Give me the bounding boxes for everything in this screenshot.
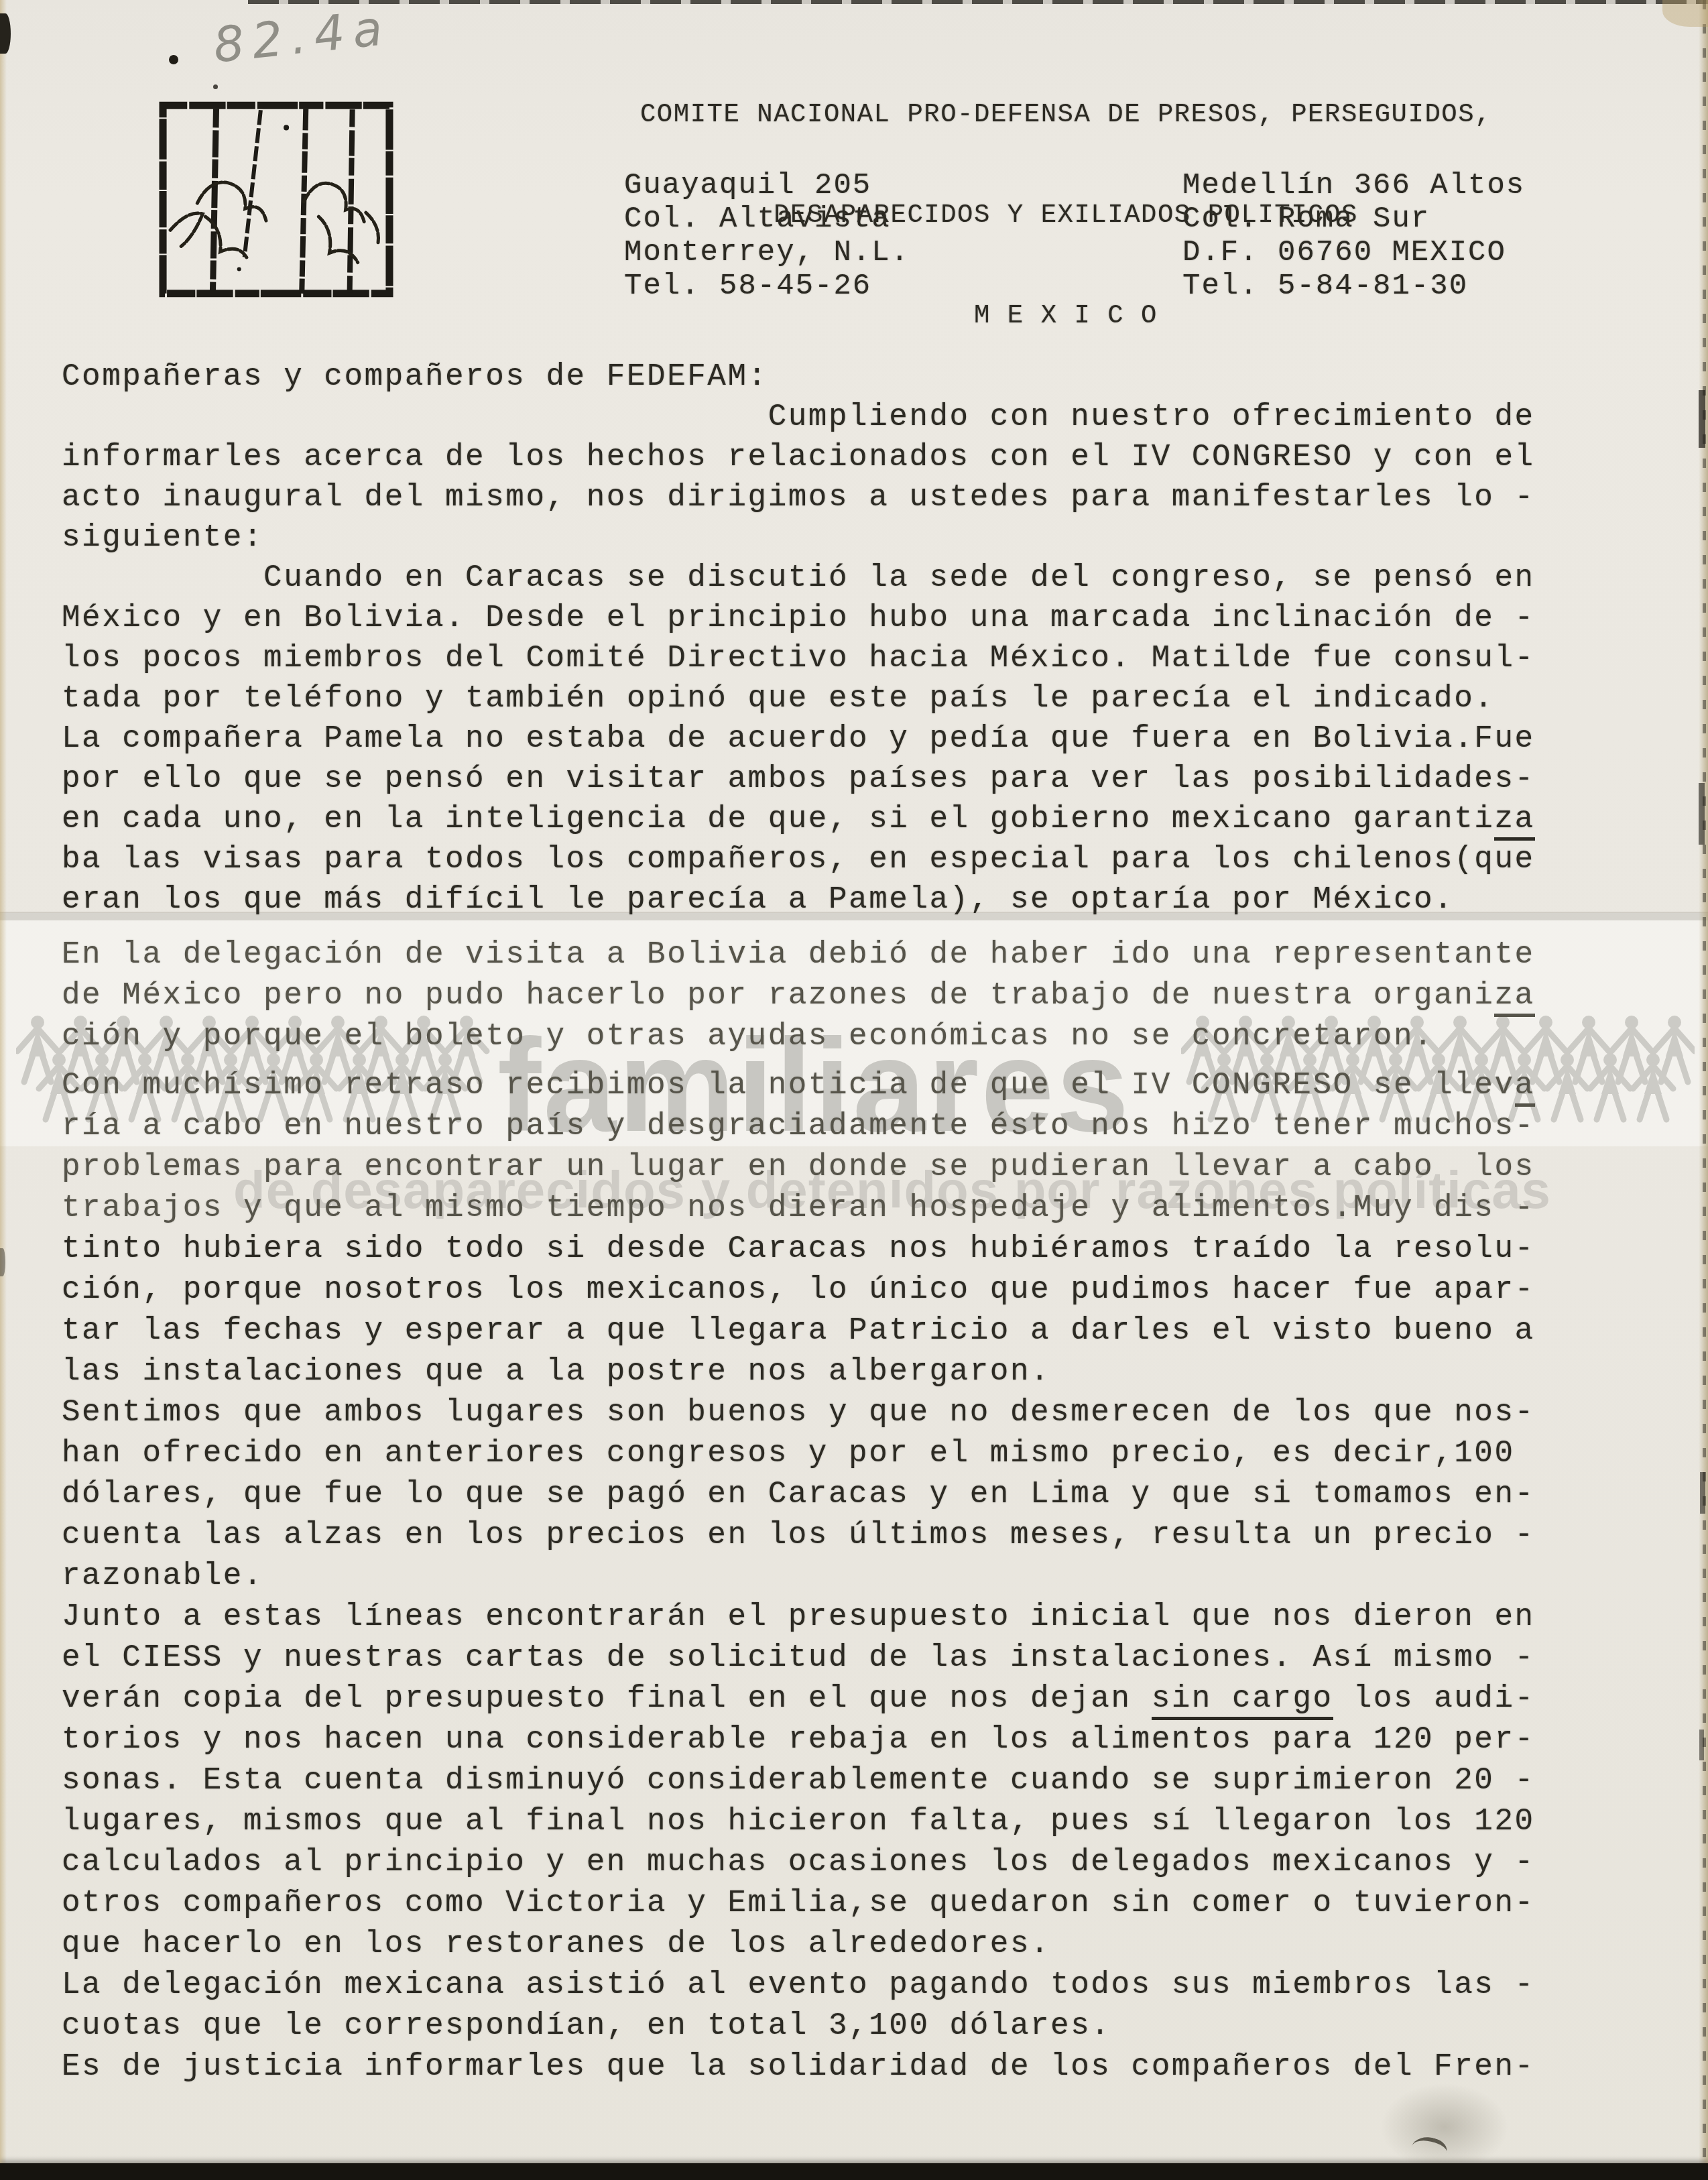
letter-line: Compañeras y compañeros de FEDEFAM: <box>62 357 1535 397</box>
letter-line: que hacerlo en los restoranes de los alr… <box>62 1924 1535 1965</box>
text-segment: acto inaugural del mismo, nos dirigimos … <box>62 480 1535 515</box>
letter-line: La delegación mexicana asistió al evento… <box>62 1965 1535 2006</box>
text-segment: el CIESS y nuestras cartas de solicitud … <box>62 1640 1535 1675</box>
text-segment: tar las fechas y esperar a que llegara P… <box>62 1313 1535 1348</box>
text-segment: México y en Bolivia. Desde el principio … <box>62 601 1535 635</box>
letter-line: En la delegación de visita a Bolivia deb… <box>62 934 1535 975</box>
text-segment: Cuando en Caracas se discutió la sede de… <box>62 560 1535 595</box>
letter-line: verán copia del presupuesto final en el … <box>62 1679 1535 1719</box>
scan-edge-specks <box>1703 0 1706 2180</box>
text-segment: trabajos y que al mismo tiempo nos diera… <box>62 1191 1535 1225</box>
ink-dot <box>213 84 218 89</box>
text-segment: ción y porque el boleto y otras ayudas e… <box>62 1019 1434 1054</box>
letter-line: razonable. <box>62 1556 1535 1597</box>
letter-line: torios y nos hacen una considerable reba… <box>62 1719 1535 1760</box>
scan-edge-top <box>248 0 1708 4</box>
text-segment: cuenta las alzas en los precios en los ú… <box>62 1518 1535 1553</box>
text-segment: La delegación mexicana asistió al evento… <box>62 1967 1535 2002</box>
scan-edge-dash <box>1699 1730 1704 1760</box>
letter-line: informarles acerca de los hechos relacio… <box>62 437 1535 477</box>
text-segment: los audi- <box>1333 1681 1535 1716</box>
underlined-text: za <box>1494 802 1534 841</box>
letter-line: problemas para encontrar un lugar en don… <box>62 1147 1535 1188</box>
text-segment: calculados al principio y en muchas ocas… <box>62 1845 1535 1880</box>
letter-line: La compañera Pamela no estaba de acuerdo… <box>62 719 1535 759</box>
text-segment: ción, porque nosotros los mexicanos, lo … <box>62 1272 1535 1307</box>
text-segment: torios y nos hacen una considerable reba… <box>62 1722 1535 1757</box>
letter-line: siguiente: <box>62 518 1535 558</box>
scan-edge-bottom <box>0 2163 1708 2180</box>
letter-line: los pocos miembros del Comité Directivo … <box>62 638 1535 678</box>
ink-dot <box>169 55 178 64</box>
letter-line: en cada uno, en la inteligencia de que, … <box>62 799 1535 839</box>
letter-line: Cuando en Caracas se discutió la sede de… <box>62 558 1535 598</box>
text-segment: por ello que se pensó en visitar ambos p… <box>62 762 1535 796</box>
letter-line: acto inaugural del mismo, nos dirigimos … <box>62 477 1535 518</box>
text-segment: Sentimos que ambos lugares son buenos y … <box>62 1395 1535 1430</box>
text-segment: que hacerlo en los restoranes de los alr… <box>62 1927 1050 1961</box>
text-segment: La compañera Pamela no estaba de acuerdo… <box>62 721 1535 756</box>
letter-line: las instalaciones que a la postre nos al… <box>62 1351 1535 1392</box>
underlined-text: a <box>1515 1068 1535 1107</box>
text-segment: Es de justicia informarles que la solida… <box>62 2049 1535 2084</box>
letter-line: cuotas que le correspondían, en total 3,… <box>62 2006 1535 2047</box>
text-segment: Con muchísimo retraso recibimos la notic… <box>62 1068 1515 1103</box>
underlined-text: za <box>1494 978 1534 1017</box>
letter-line: Cumpliendo con nuestro ofrecimiento de <box>62 397 1535 437</box>
letter-line: ba las visas para todos los compañeros, … <box>62 839 1535 880</box>
text-segment: dólares, que fue lo que se pagó en Carac… <box>62 1477 1535 1512</box>
letter-line: lugares, mismos que al final nos hiciero… <box>62 1801 1535 1842</box>
text-segment: las instalaciones que a la postre nos al… <box>62 1354 1050 1389</box>
text-segment: Compañeras y compañeros de FEDEFAM: <box>62 359 768 394</box>
scan-edge-dash <box>1699 390 1705 448</box>
paragraph-2: En la delegación de visita a Bolivia deb… <box>62 934 1535 1057</box>
text-segment: Junto a estas líneas encontrarán el pres… <box>62 1599 1535 1634</box>
letter-line: ría a cabo en nuestro país y desgraciada… <box>62 1106 1535 1147</box>
text-segment: de México pero no pudo hacerlo por razon… <box>62 978 1494 1013</box>
paragraph-3: Con muchísimo retraso recibimos la notic… <box>62 1065 1535 2087</box>
letter-line: Con muchísimo retraso recibimos la notic… <box>62 1065 1535 1106</box>
letter-line: sonas. Esta cuenta disminuyó considerabl… <box>62 1760 1535 1801</box>
letter-line: ción, porque nosotros los mexicanos, lo … <box>62 1270 1535 1311</box>
document-page: familiares de desaparecidos y detenidos … <box>0 0 1708 2180</box>
letter-line: Junto a estas líneas encontrarán el pres… <box>62 1597 1535 1638</box>
text-segment: En la delegación de visita a Bolivia deb… <box>62 937 1535 972</box>
letter-line: tinto hubiera sido todo si desde Caracas… <box>62 1229 1535 1270</box>
letter-line: han ofrecido en anteriores congresos y p… <box>62 1433 1535 1474</box>
letter-line: dólares, que fue lo que se pagó en Carac… <box>62 1474 1535 1515</box>
scan-edge-dash <box>1699 783 1705 845</box>
letter-line: trabajos y que al mismo tiempo nos diera… <box>62 1188 1535 1229</box>
letter-body: Compañeras y compañeros de FEDEFAM: Cump… <box>0 0 1708 2180</box>
letter-line: tada por teléfono y también opinó que es… <box>62 678 1535 719</box>
text-segment: siguiente: <box>62 520 263 555</box>
text-segment: han ofrecido en anteriores congresos y p… <box>62 1436 1515 1471</box>
text-segment: cuotas que le correspondían, en total 3,… <box>62 2008 1111 2043</box>
letter-line: cuenta las alzas en los precios en los ú… <box>62 1515 1535 1556</box>
text-segment: tinto hubiera sido todo si desde Caracas… <box>62 1231 1535 1266</box>
text-segment: razonable. <box>62 1559 263 1593</box>
scan-edge-left <box>0 0 7 2180</box>
letter-line: eran los que más difícil le parecía a Pa… <box>62 880 1535 920</box>
text-segment: ría a cabo en nuestro país y desgraciada… <box>62 1109 1535 1144</box>
letter-line: el CIESS y nuestras cartas de solicitud … <box>62 1638 1535 1679</box>
letter-line: ción y porque el boleto y otras ayudas e… <box>62 1016 1535 1057</box>
text-segment: Cumpliendo con nuestro ofrecimiento de <box>62 400 1535 434</box>
underlined-text: sin cargo <box>1152 1681 1333 1720</box>
scan-speck <box>0 1248 5 1276</box>
text-segment: verán copia del presupuesto final en el … <box>62 1681 1152 1716</box>
letter-line: de México pero no pudo hacerlo por razon… <box>62 975 1535 1016</box>
text-segment: los pocos miembros del Comité Directivo … <box>62 641 1535 676</box>
letter-line: otros compañeros como Victoria y Emilia,… <box>62 1883 1535 1924</box>
text-segment: eran los que más difícil le parecía a Pa… <box>62 882 1454 917</box>
text-segment: tada por teléfono y también opinó que es… <box>62 681 1494 716</box>
text-segment: otros compañeros como Victoria y Emilia,… <box>62 1886 1535 1921</box>
paragraph-1: Compañeras y compañeros de FEDEFAM: Cump… <box>62 357 1535 920</box>
letter-line: México y en Bolivia. Desde el principio … <box>62 598 1535 638</box>
text-segment: sonas. Esta cuenta disminuyó considerabl… <box>62 1763 1535 1798</box>
letter-line: tar las fechas y esperar a que llegara P… <box>62 1311 1535 1351</box>
text-segment: en cada uno, en la inteligencia de que, … <box>62 802 1494 837</box>
text-segment: problemas para encontrar un lugar en don… <box>62 1150 1535 1185</box>
letter-line: por ello que se pensó en visitar ambos p… <box>62 759 1535 799</box>
text-segment: informarles acerca de los hechos relacio… <box>62 440 1535 475</box>
letter-line: calculados al principio y en muchas ocas… <box>62 1842 1535 1883</box>
scan-edge-dash <box>1700 1472 1705 1514</box>
text-segment: ba las visas para todos los compañeros, … <box>62 842 1535 877</box>
text-segment: lugares, mismos que al final nos hiciero… <box>62 1804 1535 1839</box>
scan-speck <box>0 13 11 54</box>
letter-line: Sentimos que ambos lugares son buenos y … <box>62 1392 1535 1433</box>
letter-line: Es de justicia informarles que la solida… <box>62 2047 1535 2087</box>
